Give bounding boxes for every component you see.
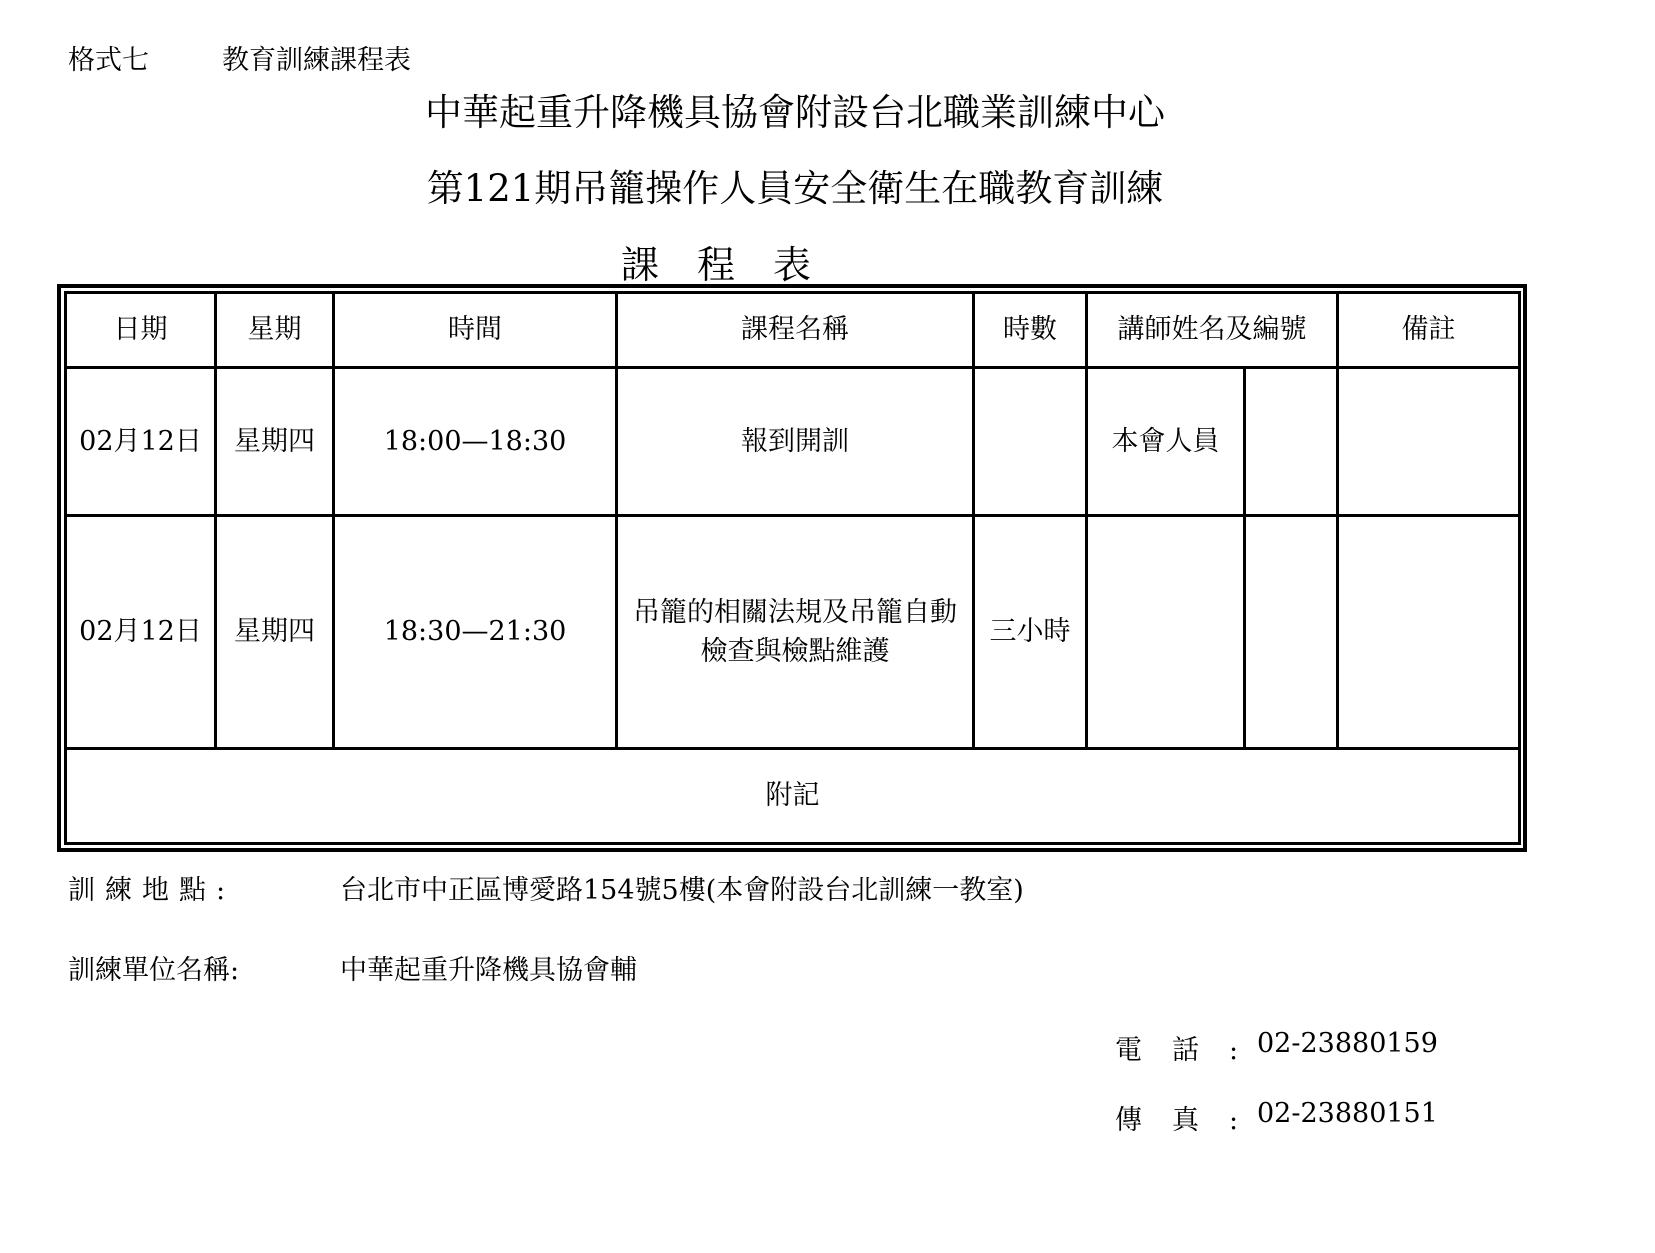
cell-time: 18:00—18:30 (334, 368, 617, 516)
cell-weekday: 星期四 (216, 516, 334, 749)
unit-label: 訓練單位名稱: (68, 948, 239, 987)
table-header-row: 日期 星期 時間 課程名稱 時數 講師姓名及編號 備註 (66, 293, 1520, 368)
cell-instructor-name (1087, 516, 1245, 749)
cell-instructor-id (1245, 368, 1338, 516)
cell-remarks (1338, 516, 1520, 749)
telephone-number: 02-23880159 (1257, 1028, 1438, 1059)
cell-date: 02月12日 (66, 368, 216, 516)
location-label: 訓練地點: (68, 868, 235, 907)
cell-time: 18:30—21:30 (334, 516, 617, 749)
fax-label: 傳真: (1115, 1098, 1268, 1137)
cell-date: 02月12日 (66, 516, 216, 749)
cell-hours (974, 368, 1087, 516)
schedule-table: 日期 星期 時間 課程名稱 時數 講師姓名及編號 備註 02月12日 星期四 1… (64, 291, 1521, 845)
cell-course: 吊籠的相關法規及吊籠自動檢查與檢點維護 (617, 516, 974, 749)
cell-instructor-id (1245, 516, 1338, 749)
header-time: 時間 (334, 293, 617, 368)
header-remarks: 備註 (1338, 293, 1520, 368)
header-date: 日期 (66, 293, 216, 368)
header-hours: 時數 (974, 293, 1087, 368)
cell-course: 報到開訓 (617, 368, 974, 516)
location-value: 台北市中正區博愛路154號5樓(本會附設台北訓練一教室) (340, 868, 1024, 907)
unit-value: 中華起重升降機具協會輔 (340, 948, 637, 987)
table-row: 02月12日 星期四 18:00—18:30 報到開訓 本會人員 (66, 368, 1520, 516)
organization-title: 中華起重升降機具協會附設台北職業訓練中心 (0, 82, 1590, 136)
course-title: 第121期吊籠操作人員安全衛生在職教育訓練 (0, 158, 1590, 212)
fax-number: 02-23880151 (1257, 1098, 1438, 1129)
form-title: 教育訓練課程表 (222, 38, 411, 77)
header-course: 課程名稱 (617, 293, 974, 368)
telephone-label: 電話: (1115, 1028, 1268, 1067)
form-number: 格式七 (68, 38, 149, 77)
note-label: 附記 (66, 749, 1520, 844)
cell-hours: 三小時 (974, 516, 1087, 749)
table-row: 02月12日 星期四 18:30—21:30 吊籠的相關法規及吊籠自動檢查與檢點… (66, 516, 1520, 749)
cell-remarks (1338, 368, 1520, 516)
cell-weekday: 星期四 (216, 368, 334, 516)
schedule-table-frame: 日期 星期 時間 課程名稱 時數 講師姓名及編號 備註 02月12日 星期四 1… (57, 284, 1527, 852)
cell-instructor-name: 本會人員 (1087, 368, 1245, 516)
schedule-title: 課程表 (0, 234, 1470, 289)
header-weekday: 星期 (216, 293, 334, 368)
header-instructor: 講師姓名及編號 (1087, 293, 1338, 368)
note-row: 附記 (66, 749, 1520, 844)
